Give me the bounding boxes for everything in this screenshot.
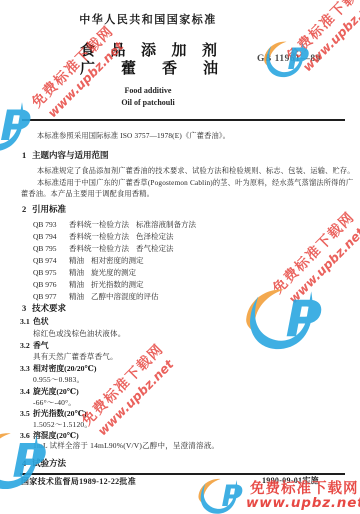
ref-name: 相对密度的测定	[91, 256, 144, 265]
ref-method: 香料统一检验方法	[69, 232, 129, 241]
section4-heading: 4试验方法	[22, 459, 66, 468]
standard-document-page: P 中华人民共和国国家标准 食品添加剂 广藿香油 GB 11961—89 Foo…	[0, 0, 360, 514]
section1-number: 1	[22, 151, 32, 160]
section1-paragraph2-line1: 本标准适用于中国广东的广藿香草(Pogostemon Cablin)的茎、叶为原…	[37, 180, 353, 187]
intro-paragraph: 本标准参照采用国际标准 ISO 3757—1978(E)《广藿香油》。	[37, 133, 230, 140]
ref-method: 精油	[69, 256, 84, 265]
spec-item-value: -66°～-40°。	[33, 399, 76, 407]
spec-item-value: 1.5052～1.5120。	[33, 421, 92, 429]
approval-note: 国家技术监督局1989-12-22批准	[21, 478, 136, 486]
reference-row: QB 977精油乙醇中溶混度的评估	[33, 293, 159, 301]
ref-name: 折光指数的测定	[91, 280, 144, 289]
spec-item-heading: 3.2香气	[20, 342, 49, 350]
spec-item-heading: 3.1色状	[20, 318, 49, 326]
spec-item-value: 具有天然广藿香草香气。	[33, 353, 118, 361]
spec-item-title: 相对密度(20/20℃)	[33, 364, 96, 373]
section1-paragraph1: 本标准规定了食品添加剂广藿香油的技术要求、试验方法和检验规则、标志、包装、运输、…	[37, 168, 355, 175]
spec-item-number: 3.3	[20, 365, 33, 373]
ref-method: 香料统一检验方法	[69, 220, 129, 229]
spec-item-number: 3.5	[20, 410, 33, 418]
watermark-url: www.upbz.net	[275, 214, 360, 317]
watermark-url: www.upbz.net	[84, 346, 187, 449]
section3-number: 3	[22, 304, 32, 313]
ref-code: QB 975	[33, 269, 69, 277]
spec-item-heading: 3.6溶混度(20℃)	[20, 432, 79, 440]
upbz-logo-icon	[236, 280, 330, 354]
spec-item-value: 0.955～0.983。	[33, 376, 84, 384]
section1-paragraph2-line2: 藿香油。本产品主要用于调配食用香精。	[21, 191, 154, 198]
section1-title: 主题内容与适用范围	[32, 150, 109, 160]
implementation-note: 1990-09-01实施	[262, 477, 319, 485]
spec-item-heading: 3.4旋光度(20℃)	[20, 388, 79, 396]
spec-item-number: 3.4	[20, 388, 33, 396]
standard-org-title: 中华人民共和国国家标准	[0, 15, 296, 26]
watermark-diagonal: 免费标准下载网 www.upbz.net	[69, 331, 186, 448]
spec-item-title: 色状	[33, 317, 49, 326]
doc-title-en-line1: Food additive	[0, 87, 296, 95]
ref-name: 旋光度的测定	[91, 268, 136, 277]
spec-item-title: 溶混度(20℃)	[33, 431, 79, 440]
upbz-logo-icon	[191, 474, 249, 514]
spec-item-value: 1mL 试样全溶于 14mL90%(V/V)乙醇中，呈澄清溶液。	[33, 442, 219, 450]
header-rule	[22, 119, 345, 121]
ref-code: QB 794	[33, 233, 69, 241]
reference-row: QB 795香料统一检验方法香气检定法	[33, 245, 174, 253]
spec-item-heading: 3.5折光指数(20℃)	[20, 410, 87, 418]
watermark-url: www.upbz.net	[246, 497, 360, 511]
spec-item-title: 折光指数(20℃)	[33, 409, 87, 418]
ref-name: 色泽检定法	[136, 232, 174, 241]
spec-item-title: 香气	[33, 341, 49, 350]
ref-method: 精油	[69, 280, 84, 289]
reference-row: QB 793香料统一检验方法标准溶液制备方法	[33, 221, 196, 229]
reference-row: QB 794香料统一检验方法色泽检定法	[33, 233, 174, 241]
section4-title: 试验方法	[32, 458, 66, 468]
spec-item-number: 3.1	[20, 318, 33, 326]
doc-title-cn-line1: 食品添加剂	[80, 44, 233, 59]
ref-method: 香料统一检验方法	[69, 244, 129, 253]
ref-name: 标准溶液制备方法	[136, 220, 196, 229]
watermark-diagonal: 免费标准下载网 www.upbz.net	[260, 199, 360, 316]
ref-code: QB 977	[33, 293, 69, 301]
section2-number: 2	[22, 205, 32, 214]
section3-heading: 3技术要求	[22, 304, 66, 313]
section1-heading: 1主题内容与适用范围	[22, 151, 109, 160]
section2-title: 引用标准	[32, 204, 66, 214]
reference-row: QB 974精油相对密度的测定	[33, 257, 144, 265]
section2-heading: 2引用标准	[22, 205, 66, 214]
section3-title: 技术要求	[32, 303, 66, 313]
section4-number: 4	[22, 459, 32, 468]
doc-title-en-line2: Oil of patchouli	[0, 99, 296, 107]
ref-method: 精油	[69, 268, 84, 277]
ref-name: 香气检定法	[136, 244, 174, 253]
spec-item-heading: 3.3相对密度(20/20℃)	[20, 365, 96, 373]
watermark-diagonal: 免费标准下载网 www.upbz.net	[274, 0, 360, 85]
ref-code: QB 793	[33, 221, 69, 229]
ref-code: QB 795	[33, 245, 69, 253]
reference-row: QB 976精油折光指数的测定	[33, 281, 144, 289]
ref-name: 乙醇中溶混度的评估	[91, 292, 159, 301]
watermark-site-name: 免费标准下载网	[260, 199, 360, 305]
ref-code: QB 974	[33, 257, 69, 265]
spec-item-number: 3.6	[20, 432, 33, 440]
footer-rule	[20, 473, 345, 475]
spec-item-value: 棕红色或浅棕色油状液体。	[33, 330, 125, 338]
ref-method: 精油	[69, 292, 84, 301]
ref-code: QB 976	[33, 281, 69, 289]
doc-title-cn-line2: 广藿香油	[80, 62, 244, 77]
reference-row: QB 975精油旋光度的测定	[33, 269, 136, 277]
standard-number: GB 11961—89	[257, 55, 321, 65]
spec-item-number: 3.2	[20, 342, 33, 350]
spec-item-title: 旋光度(20℃)	[33, 387, 79, 396]
watermark-url: www.upbz.net	[289, 0, 360, 85]
